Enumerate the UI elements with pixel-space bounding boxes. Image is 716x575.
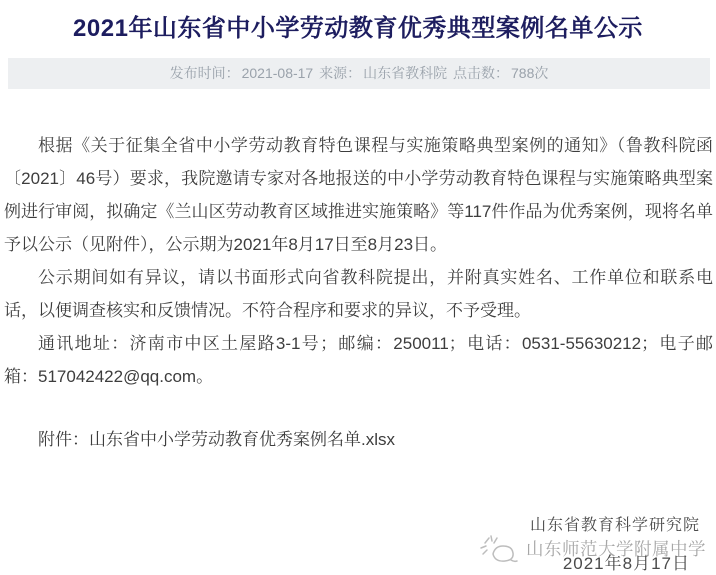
attachment-line: 附件：山东省中小学劳动教育优秀案例名单.xlsx — [4, 423, 713, 456]
signature-organization: 山东省教育科学研究院 — [530, 512, 700, 535]
signature-date: 2021年8月17日 — [563, 549, 690, 574]
source-value: 山东省教科院 — [363, 65, 447, 81]
hits-label: 点击数： — [453, 65, 509, 81]
announcement-page: 2021年山东省中小学劳动教育优秀典型案例名单公示 发布时间：2021-08-1… — [0, 0, 716, 575]
attachment-label: 附件： — [38, 430, 89, 449]
hits-value: 788次 — [511, 65, 548, 81]
scribble-doodle-icon — [478, 532, 524, 569]
meta-bar: 发布时间：2021-08-17 来源：山东省教科院 点击数：788次 — [8, 58, 710, 89]
attachment-file-link[interactable]: 山东省中小学劳动教育优秀案例名单.xlsx — [89, 430, 395, 449]
publish-time-value: 2021-08-17 — [242, 65, 314, 81]
paragraph-contact: 通讯地址：济南市中区土屋路3-1号；邮编：250011；电话：0531-5563… — [4, 327, 713, 393]
paragraph-objection: 公示期间如有异议，请以书面形式向省教科院提出，并附真实姓名、工作单位和联系电话，… — [4, 261, 713, 327]
source-label: 来源： — [319, 65, 361, 81]
announcement-body: 根据《关于征集全省中小学劳动教育特色课程与实施策略典型案例的通知》（鲁教科院函〔… — [4, 129, 713, 456]
page-title: 2021年山东省中小学劳动教育优秀典型案例名单公示 — [0, 8, 716, 43]
publish-time-label: 发布时间： — [170, 65, 240, 81]
paragraph-intro: 根据《关于征集全省中小学劳动教育特色课程与实施策略典型案例的通知》（鲁教科院函〔… — [4, 129, 713, 261]
